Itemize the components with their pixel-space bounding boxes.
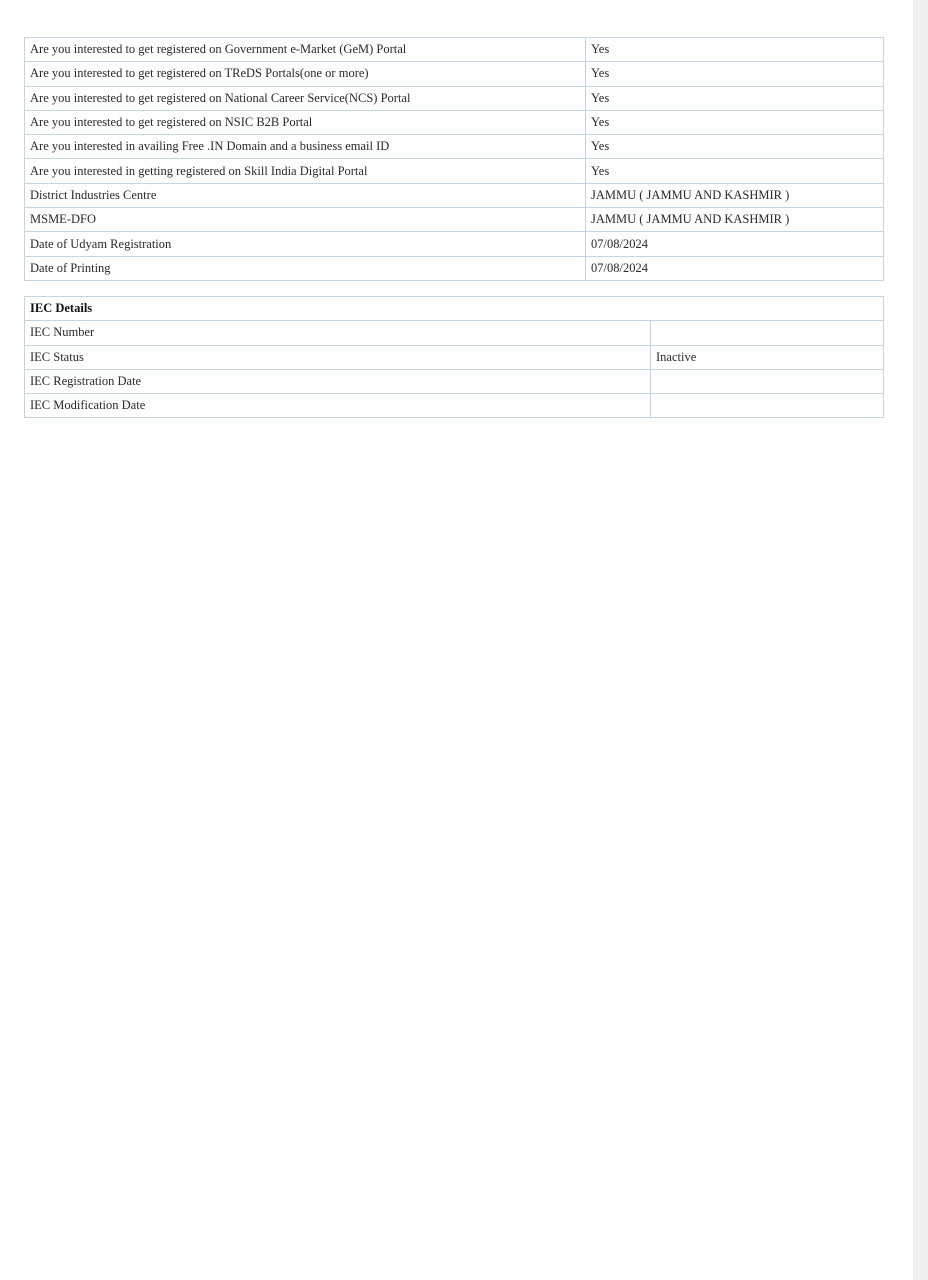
row-value: Yes <box>586 135 884 159</box>
row-label: District Industries Centre <box>25 183 586 207</box>
row-label: Are you interested in availing Free .IN … <box>25 135 586 159</box>
row-value <box>651 394 884 418</box>
row-label: Are you interested to get registered on … <box>25 38 586 62</box>
table-heading-row: IEC Details <box>25 297 884 321</box>
row-value: JAMMU ( JAMMU AND KASHMIR ) <box>586 183 884 207</box>
row-value: Inactive <box>651 345 884 369</box>
row-label: IEC Modification Date <box>25 394 651 418</box>
row-label: Date of Printing <box>25 256 586 280</box>
row-value: 07/08/2024 <box>586 232 884 256</box>
row-label: Are you interested to get registered on … <box>25 86 586 110</box>
row-label: IEC Status <box>25 345 651 369</box>
table-row: Are you interested in getting registered… <box>25 159 884 183</box>
table-row: IEC Modification Date <box>25 394 884 418</box>
row-value: Yes <box>586 62 884 86</box>
table-row: IEC Status Inactive <box>25 345 884 369</box>
table-row: IEC Number <box>25 321 884 345</box>
table-row: Date of Udyam Registration 07/08/2024 <box>25 232 884 256</box>
row-label: IEC Registration Date <box>25 369 651 393</box>
table-row: District Industries Centre JAMMU ( JAMMU… <box>25 183 884 207</box>
table-row: Are you interested to get registered on … <box>25 62 884 86</box>
table-row: MSME-DFO JAMMU ( JAMMU AND KASHMIR ) <box>25 208 884 232</box>
row-value: Yes <box>586 38 884 62</box>
table-row: IEC Registration Date <box>25 369 884 393</box>
table-row: Are you interested to get registered on … <box>25 110 884 134</box>
row-label: Are you interested to get registered on … <box>25 110 586 134</box>
table-row: Are you interested to get registered on … <box>25 86 884 110</box>
table-row: Date of Printing 07/08/2024 <box>25 256 884 280</box>
row-value: 07/08/2024 <box>586 256 884 280</box>
row-value: Yes <box>586 86 884 110</box>
row-label: Are you interested to get registered on … <box>25 62 586 86</box>
row-label: Date of Udyam Registration <box>25 232 586 256</box>
row-value <box>651 369 884 393</box>
row-value: Yes <box>586 159 884 183</box>
row-value <box>651 321 884 345</box>
row-label: IEC Number <box>25 321 651 345</box>
iec-details-heading: IEC Details <box>25 297 884 321</box>
row-label: MSME-DFO <box>25 208 586 232</box>
row-label: Are you interested in getting registered… <box>25 159 586 183</box>
table-row: Are you interested to get registered on … <box>25 38 884 62</box>
document-page: Are you interested to get registered on … <box>0 0 914 1280</box>
row-value: Yes <box>586 110 884 134</box>
table-row: Are you interested in availing Free .IN … <box>25 135 884 159</box>
row-value: JAMMU ( JAMMU AND KASHMIR ) <box>586 208 884 232</box>
vertical-scrollbar[interactable] <box>913 0 928 1280</box>
registration-details-table: Are you interested to get registered on … <box>24 37 884 281</box>
iec-details-table: IEC Details IEC Number IEC Status Inacti… <box>24 296 884 418</box>
